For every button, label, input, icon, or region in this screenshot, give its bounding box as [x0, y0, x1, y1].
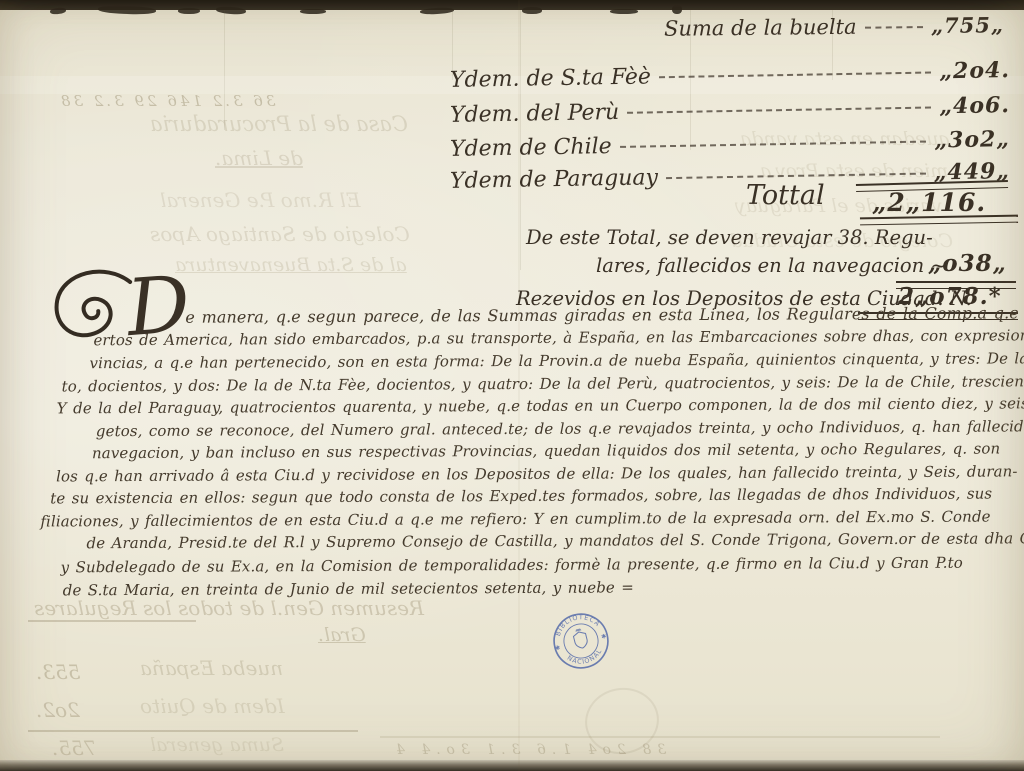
paragraph-line: Y de la del Paraguay, quatrocientos quar… [57, 394, 1024, 417]
deduction-value: „o38„ [928, 250, 1007, 277]
paragraph-line: de Aranda, Presid.te del R.l y Supremo C… [86, 529, 1024, 552]
deduction-note-line1: De este Total, se deven revajar 38. Regu… [526, 226, 933, 249]
ledger-row-peru: Ydem. del Perù „4o6. [450, 92, 1010, 128]
bleedthrough-row-label: Idem de Quito [140, 694, 285, 718]
paragraph-line: y Subdelegado de su Ex.a, en la Comision… [61, 554, 963, 577]
page-edge-ink-fragment [610, 9, 638, 14]
dotted-leader [659, 71, 931, 78]
ledger-label: Ydem de Chile [450, 134, 612, 162]
bleedthrough-row-value: 2o2. [36, 698, 80, 722]
bleedthrough-line: al de S.ta Buenaventura [175, 254, 407, 276]
total-value: „2„116. [872, 188, 986, 217]
stamp-star-left: ✱ [554, 644, 561, 652]
bleedthrough-row-label: nueba España [140, 656, 283, 680]
ledger-row-chile: Ydem de Chile „3o2„ [450, 126, 1010, 162]
page-edge-ink-fragment [50, 7, 67, 15]
biblioteca-nacional-stamp: BIBLIOTECA NACIONAL ✱ ✱ [543, 603, 618, 678]
dotted-leader [627, 106, 931, 113]
bleedthrough-summary-sub: Gral. [318, 624, 366, 646]
bleedthrough-bottom-numbers: 38 2o4 1.6 3.1 3o.4 4 [390, 742, 666, 758]
bleedthrough-row-value: 755. [52, 736, 97, 760]
paragraph-line: ertos de America, han sido embarcados, p… [93, 326, 1024, 349]
ledger-row-suma: Suma de la buelta „755„ [664, 12, 1004, 41]
deduction-note-line2: lares, fallecidos en la navegacion ~ [596, 254, 947, 277]
bleedthrough-row-value: 553. [36, 660, 81, 684]
ledger-label: Ydem. de S.ta Fèè [450, 64, 651, 93]
ledger-value: „3o2„ [934, 126, 1010, 153]
paragraph-line: los q.e han arrivado â esta Ciu.d y reci… [56, 462, 1018, 485]
paragraph-line: e manera, q.e segun parece, de las Summa… [185, 303, 1024, 327]
ledger-label: Ydem de Paraguay [450, 165, 658, 194]
main-paragraph: D e manera, q.e segun parece, de las Sum… [0, 293, 1024, 608]
bleedthrough-summary-title: Resumen Gen.l de todos los Regulares [34, 596, 424, 620]
bleedthrough-line: Casa de la Procuraduria [150, 112, 408, 136]
total-rule-below [860, 215, 1018, 226]
scan-bottom-edge [0, 760, 1024, 771]
total-label: Tottal [746, 180, 825, 211]
ledger-value: „2o4. [939, 57, 1010, 84]
ledger-label: Ydem. del Perù [450, 100, 620, 128]
stamp-crest [573, 630, 589, 649]
bleedthrough-row-label: Suma general [150, 734, 284, 756]
bleedthrough-line: de Lima. [215, 146, 303, 170]
page-edge-ink-fragment [178, 8, 200, 14]
ledger-value: „4o6. [939, 92, 1010, 119]
paragraph-line: getos, como se reconoce, del Numero gral… [96, 417, 1024, 440]
paragraph-line: navegacion, y ban incluso en sus respect… [92, 439, 1000, 462]
dotted-leader [865, 26, 923, 29]
page-edge-ink-fragment [522, 7, 542, 14]
bleedthrough-rule [28, 730, 358, 732]
paragraph-line: to, docientos, y dos: De la de N.ta Fèe,… [62, 372, 1024, 395]
paragraph-line: te su existencia en ellos: segun que tod… [50, 484, 992, 507]
paragraph-line: vincias, a q.e han pertenecido, son en e… [89, 349, 1024, 372]
dotted-leader [620, 141, 927, 148]
page-edge-ink-fragment [420, 7, 454, 15]
bleedthrough-rule [28, 620, 196, 622]
bleedthrough-line: Colegio de Santiago Apos [150, 222, 410, 246]
bleedthrough-line: El R.mo P.e General [160, 188, 361, 212]
page-edge-ink-fragment [672, 5, 682, 14]
manuscript-page: 36 3.2 146 29 3.2 38 Casa de la Procurad… [0, 0, 1024, 771]
paragraph-line: filiaciones, y fallecimientos de en esta… [40, 507, 990, 530]
bleedthrough-rule [380, 736, 940, 738]
dotted-leader [666, 173, 926, 180]
ledger-value: „755„ [931, 12, 1004, 38]
bleedthrough-top-numbers: 36 3.2 146 29 3.2 38 [58, 92, 275, 110]
page-edge-ink-fragment [300, 9, 326, 14]
ledger-label: Suma de la buelta [664, 15, 857, 41]
